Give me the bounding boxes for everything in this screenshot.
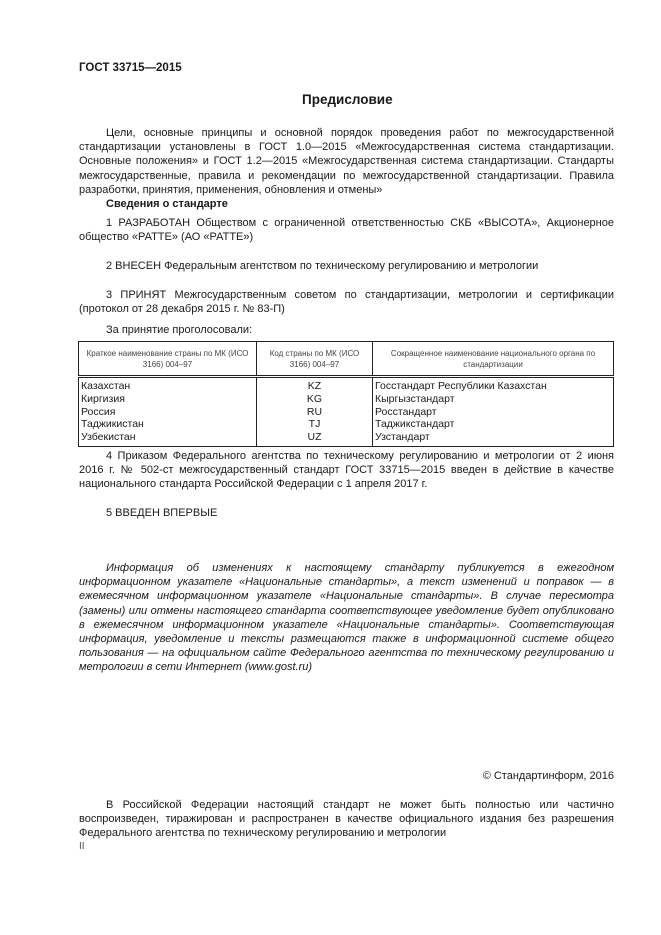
cell-standards-body: Росстандарт xyxy=(373,406,614,419)
cell-code: KZ xyxy=(257,377,373,393)
cell-code: RU xyxy=(257,406,373,419)
table-row: РоссияRUРосстандарт xyxy=(79,406,614,419)
about-item-submitted: 2 ВНЕСЕН Федеральным агентством по техни… xyxy=(79,259,614,273)
cell-standards-body: Госстандарт Республики Казахстан xyxy=(373,377,614,393)
vote-label: За принятие проголосовали: xyxy=(106,324,252,336)
about-item-developed: 1 РАЗРАБОТАН Обществом с ограниченной от… xyxy=(79,216,614,244)
page-number: II xyxy=(79,841,85,852)
document-page: ГОСТ 33715—2015 Предисловие Цели, основн… xyxy=(0,0,661,935)
reproduction-rights-paragraph: В Российской Федерации настоящий стандар… xyxy=(79,798,614,841)
column-header-body: Сокращенное наименование национального о… xyxy=(373,342,614,377)
copyright-notice: © Стандартинформ, 2016 xyxy=(79,770,614,782)
table-row: КиргизияKGКыргызстандарт xyxy=(79,393,614,406)
cell-standards-body: Кыргызстандарт xyxy=(373,393,614,406)
cell-code: KG xyxy=(257,393,373,406)
table-row: КазахстанKZГосстандарт Республики Казахс… xyxy=(79,377,614,393)
column-header-code: Код страны по МК (ИСО 3166) 004‒97 xyxy=(257,342,373,377)
about-item-first-introduced: 5 ВВЕДЕН ВПЕРВЫЕ xyxy=(79,506,614,520)
table-row: УзбекистанUZУзстандарт xyxy=(79,431,614,446)
cell-standards-body: Узстандарт xyxy=(373,431,614,446)
voting-countries-table: Краткое наименование страны по МК (ИСО 3… xyxy=(78,341,614,447)
cell-country: Узбекистан xyxy=(79,431,257,446)
about-item-adopted: 3 ПРИНЯТ Межгосударственным советом по с… xyxy=(79,288,614,316)
table-header-row: Краткое наименование страны по МК (ИСО 3… xyxy=(79,342,614,377)
cell-country: Киргизия xyxy=(79,393,257,406)
about-item-enacted: 4 Приказом Федерального агентства по тех… xyxy=(79,449,614,492)
cell-standards-body: Таджикстандарт xyxy=(373,418,614,431)
preface-intro-paragraph: Цели, основные принципы и основной поряд… xyxy=(79,126,614,197)
cell-country: Россия xyxy=(79,406,257,419)
table-row: ТаджикистанTJТаджикстандарт xyxy=(79,418,614,431)
cell-country: Казахстан xyxy=(79,377,257,393)
cell-code: UZ xyxy=(257,431,373,446)
preface-title: Предисловие xyxy=(302,92,393,107)
changes-notice-paragraph: Информация об изменениях к настоящему ст… xyxy=(79,561,614,675)
cell-code: TJ xyxy=(257,418,373,431)
document-code: ГОСТ 33715—2015 xyxy=(79,62,182,74)
cell-country: Таджикистан xyxy=(79,418,257,431)
about-standard-heading: Сведения о стандарте xyxy=(106,198,228,210)
column-header-country: Краткое наименование страны по МК (ИСО 3… xyxy=(79,342,257,377)
